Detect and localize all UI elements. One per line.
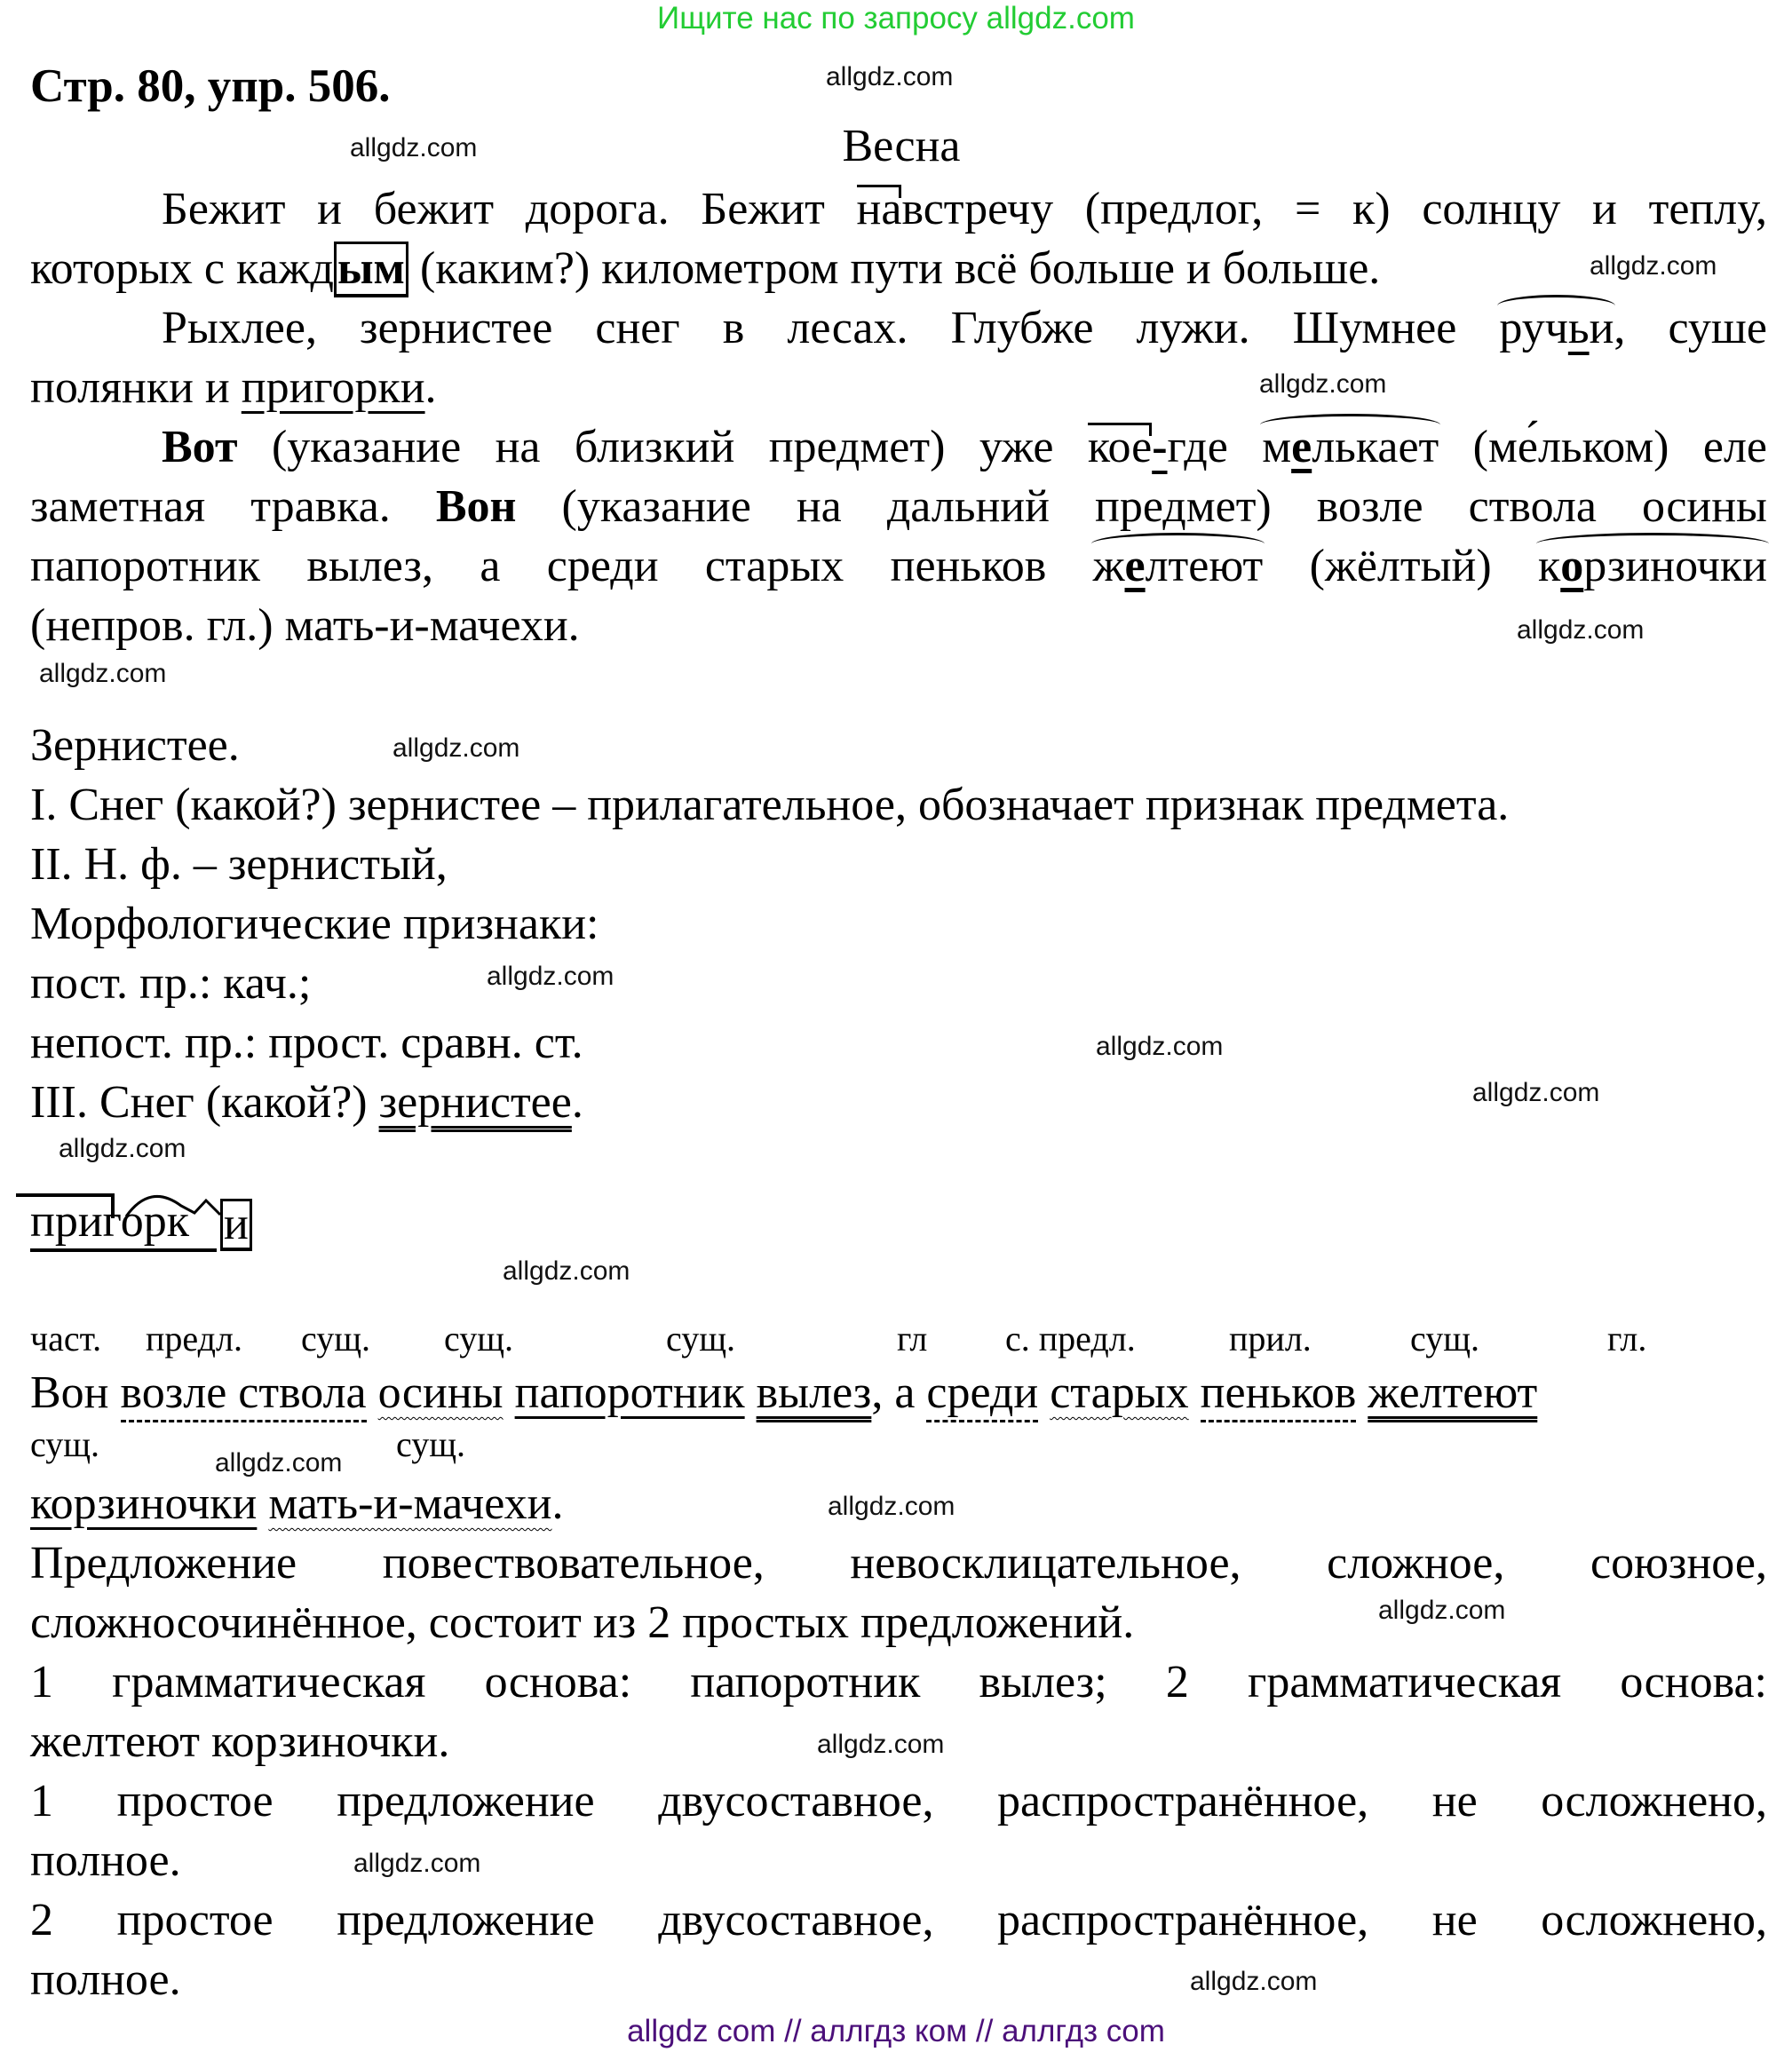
watermark: allgdz.com (1259, 369, 1386, 400)
text-span: ж (1093, 541, 1125, 591)
subject-underline: папоротник (515, 1367, 745, 1418)
pos-label-row: част. предл. сущ. сущ. сущ. гл с. предл.… (30, 1317, 1771, 1361)
word: . (551, 1478, 563, 1529)
circumstance-underline: возле ствола (121, 1367, 367, 1422)
text-span: лькает (1312, 422, 1439, 472)
search-banner: Ищите нас по запросу allgdz.com (0, 0, 1792, 37)
watermark: allgdz.com (39, 659, 166, 689)
ending-box: ым (334, 242, 408, 297)
text-span: папоротник вылез, а среди старых пеньков (30, 541, 1093, 591)
text-span: (ме́льком) еле (1439, 422, 1767, 472)
watermark: allgdz.com (503, 1256, 630, 1287)
summary-line: 1 простое предложение двусоставное, расп… (30, 1771, 1767, 1831)
pos-label: гл. (1607, 1317, 1646, 1361)
summary-line: полное. (30, 1831, 1767, 1890)
watermark: allgdz.com (1096, 1032, 1223, 1062)
text-span: рзиночки (1583, 541, 1767, 591)
text-span: . (572, 1077, 583, 1128)
subject-underline: корзиночки (30, 1478, 257, 1529)
text-span: . (425, 362, 437, 413)
prefix-mark: кое (1088, 417, 1152, 477)
watermark: allgdz.com (828, 1492, 955, 1522)
text-span: (указание на близкий предмет) уже (238, 422, 1088, 472)
summary-line: Предложение повествовательное, невосклиц… (30, 1533, 1767, 1593)
paragraph-3-line-4: (непров. гл.) мать-и-мачехи. (30, 596, 1767, 655)
watermark: allgdz.com (1472, 1078, 1599, 1108)
text-span: III. Снег (какой?) (30, 1077, 379, 1128)
pos-label: сущ. (30, 1422, 99, 1467)
text-span: лтеют (1146, 541, 1264, 591)
watermark: allgdz.com (826, 62, 953, 92)
morpheme-stem: пригорк (30, 1195, 189, 1248)
text-span: (каким?) километром пути всё больше и бо… (408, 243, 1380, 294)
attribute-underline: мать-и-мачехи (268, 1478, 551, 1529)
summary-line: полное. (30, 1950, 1767, 2009)
predicate-underline: желтеют (1368, 1367, 1537, 1418)
watermark: allgdz.com (59, 1134, 186, 1164)
text-span: ь (1568, 303, 1590, 353)
circumstance-underline: пеньков (1201, 1367, 1357, 1422)
text-span: где (1168, 422, 1263, 472)
pos-label: сущ. (666, 1317, 735, 1361)
text-span: стречу (предлог, = к) солнцу и теплу, (924, 184, 1767, 234)
root-mark: желтеют (1093, 536, 1264, 596)
footer-links: allgdz com // аллгдз ком // аллгдз com (0, 2012, 1792, 2051)
watermark: allgdz.com (392, 733, 519, 764)
text-span: Рыхлее, зернистее снег в лесах. Глубже л… (162, 303, 1499, 353)
watermark: allgdz.com (1517, 615, 1644, 646)
pos-label: сущ. (444, 1317, 513, 1361)
predicate-underline: вылез (757, 1367, 872, 1418)
pos-label: гл (897, 1317, 927, 1361)
analysis-word: Зернистее. (30, 716, 1767, 775)
text-span: которых с кажд (30, 243, 334, 294)
analysis-constant: пост. пр.: кач.; (30, 954, 1767, 1013)
text-span: на (857, 184, 902, 234)
watermark: allgdz.com (487, 962, 614, 992)
pos-label: сущ. (301, 1317, 370, 1361)
text-span: в (901, 184, 923, 234)
prefix-mark: на (857, 179, 902, 239)
paragraph-3-line-3: папоротник вылез, а среди старых пеньков… (30, 536, 1767, 596)
root-mark: мелькает (1262, 417, 1439, 477)
text-span: руч (1499, 303, 1567, 353)
text-span: кое (1088, 422, 1152, 472)
pos-label: предл. (146, 1317, 242, 1361)
text-span: (жёлтый) (1263, 541, 1538, 591)
morpheme-ending: и (220, 1199, 252, 1251)
word: а (894, 1367, 915, 1418)
watermark: allgdz.com (1378, 1596, 1505, 1626)
pos-label: прил. (1229, 1317, 1312, 1361)
root-mark: ручьи (1499, 298, 1614, 358)
watermark: allgdz.com (1590, 251, 1717, 281)
bold-word: Вон (436, 481, 517, 532)
attribute-underline: осины (378, 1367, 504, 1418)
pos-label: сущ. (396, 1422, 465, 1467)
word: Вон (30, 1367, 109, 1418)
paragraph-1-line-1: Бежит и бежит дорога. Бежит навстречу (п… (30, 179, 1767, 239)
text-span: Бежит и бежит дорога. Бежит (162, 184, 857, 234)
text-span: ым (337, 243, 405, 294)
watermark: allgdz.com (353, 1849, 480, 1879)
text-span: заметная травка. (30, 481, 436, 532)
page-title: Стр. 80, упр. 506. (30, 57, 391, 115)
summary-line: сложносочинённое, состоит из 2 простых п… (30, 1593, 1767, 1652)
paragraph-3-line-2: заметная травка. Вон (указание на дальни… (30, 477, 1767, 536)
underlined-word: пригорки (242, 362, 425, 413)
summary-line: 1 грамматическая основа: папоротник выле… (30, 1652, 1767, 1712)
text-span: , суше (1614, 303, 1767, 353)
orthogram-letter: е (1125, 541, 1146, 591)
watermark: allgdz.com (1190, 1967, 1317, 1997)
hyphen-mark: - (1152, 422, 1167, 472)
paragraph-3-line-1: Вот (указание на близкий предмет) уже ко… (30, 417, 1767, 477)
orthogram-letter: е (1291, 422, 1312, 472)
paragraph-1-line-2: которых с каждым (каким?) километром пут… (30, 239, 1767, 298)
text-heading: Весна (0, 117, 1792, 176)
paragraph-2-line-2: полянки и пригорки. (30, 358, 1767, 417)
orthogram-letter: о (1560, 541, 1583, 591)
analysis-point-1: I. Снег (какой?) зернистее – прилагатель… (30, 775, 1767, 835)
paragraph-2-line-1: Рыхлее, зернистее снег в лесах. Глубже л… (30, 298, 1767, 358)
text-span: полянки и (30, 362, 242, 413)
text-span: и (1590, 303, 1614, 353)
text-span: к (1538, 541, 1560, 591)
circumstance-underline: среди (926, 1367, 1038, 1422)
bold-word: Вот (162, 422, 238, 472)
morpheme-diagram: пригорк и (12, 1183, 243, 1263)
word: , (871, 1367, 883, 1418)
predicate-underline: зернистее (379, 1077, 572, 1128)
summary-line: 2 простое предложение двусоставное, расп… (30, 1890, 1767, 1950)
watermark: allgdz.com (817, 1730, 944, 1760)
pos-label: сущ. (1410, 1317, 1479, 1361)
root-mark: корзиночки (1538, 536, 1767, 596)
text-span: (указание на дальний предмет) возле ство… (517, 481, 1768, 532)
analysis-point-2: II. Н. ф. – зернистый, (30, 835, 1767, 894)
text-span: м (1262, 422, 1291, 472)
analysis-nonconstant: непост. пр.: прост. сравн. ст. (30, 1013, 1767, 1073)
parsed-sentence-line-1: Вон возле ствола осины папоротник вылез,… (30, 1363, 1767, 1422)
analysis-morph-heading: Морфологические признаки: (30, 894, 1767, 954)
pos-label: част. (30, 1317, 101, 1361)
attribute-underline: старых (1050, 1367, 1188, 1418)
pos-label: с. предл. (1005, 1317, 1136, 1361)
